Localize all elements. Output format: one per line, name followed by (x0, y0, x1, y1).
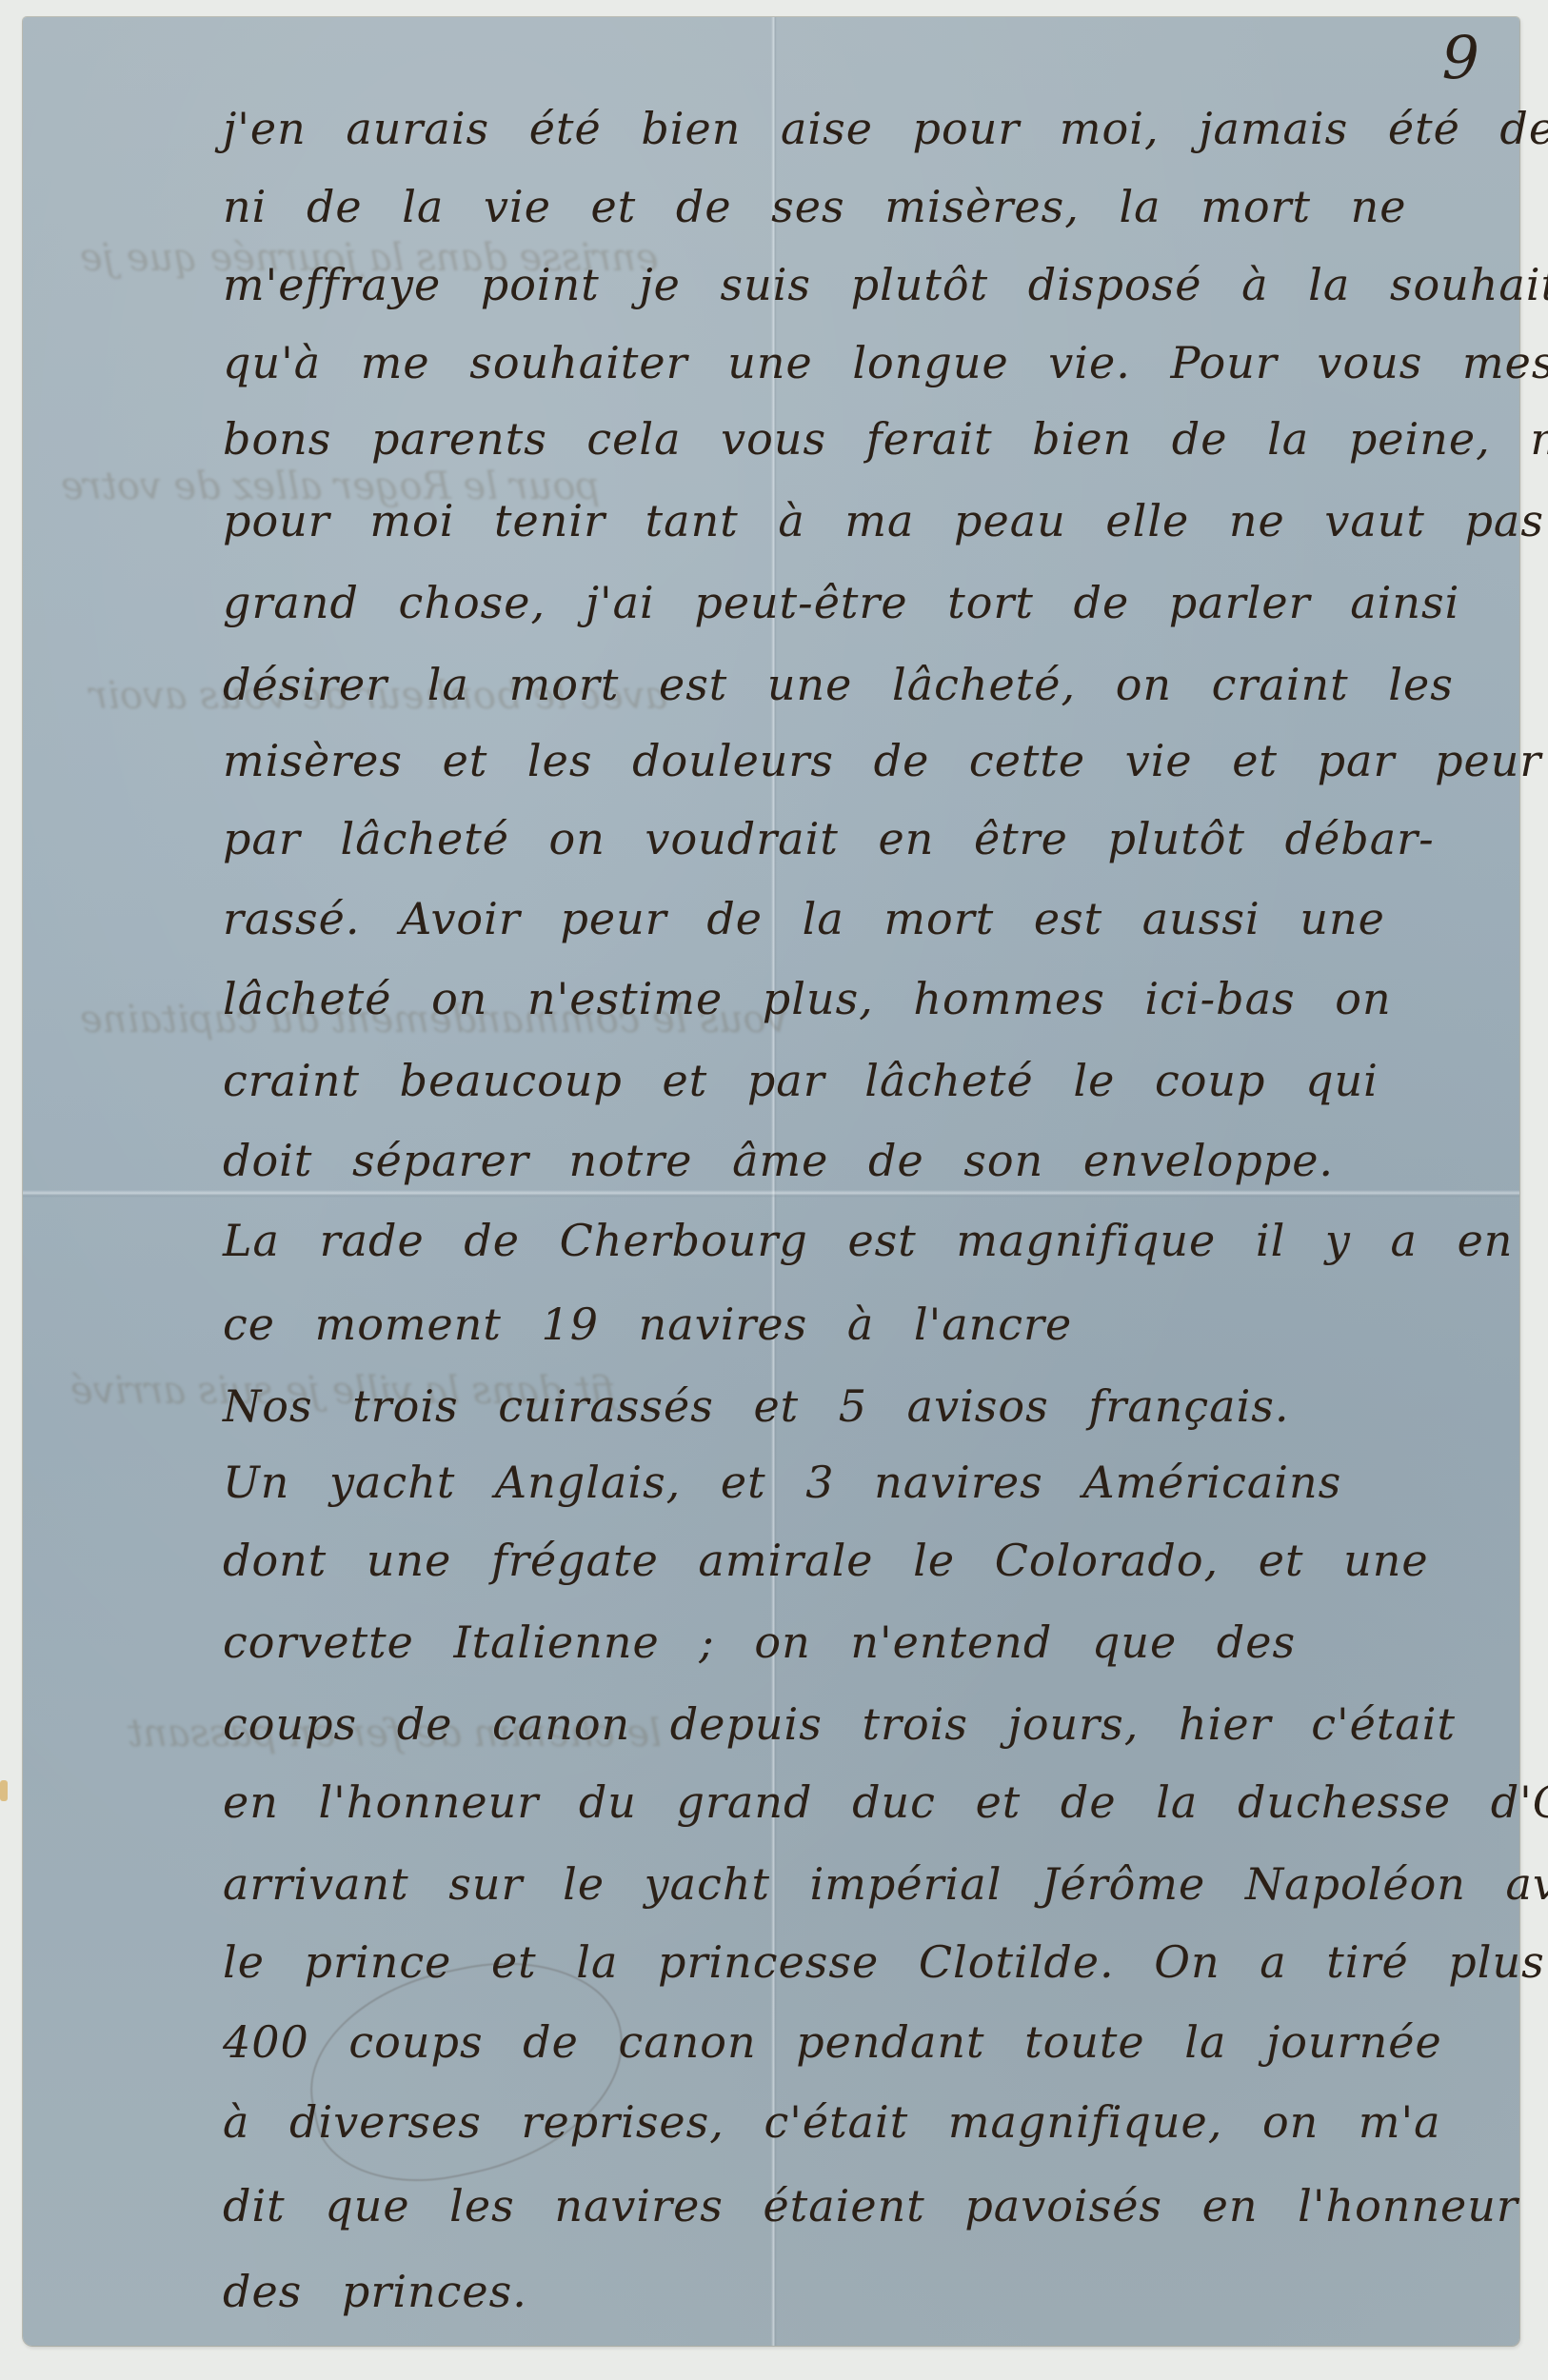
letter-line: lâcheté on n'estime plus, hommes ici-bas… (223, 977, 1518, 1021)
letter-line: 400 coups de canon pendant toute la jour… (223, 2020, 1518, 2064)
letter-line: coups de canon depuis trois jours, hier … (223, 1702, 1518, 1746)
letter-line: dit que les navires étaient pavoisés en … (223, 2184, 1518, 2228)
letter-line: doit séparer notre âme de son enveloppe. (223, 1139, 1518, 1182)
page-number: 9 (1442, 23, 1479, 92)
letter-line: Un yacht Anglais, et 3 navires Américain… (223, 1460, 1518, 1504)
letter-line: arrivant sur le yacht impérial Jérôme Na… (223, 1862, 1518, 1906)
letter-line: à diverses reprises, c'était magnifique,… (223, 2100, 1518, 2144)
letter-line: ce moment 19 navires à l'ancre (223, 1302, 1518, 1346)
letter-line: bons parents cela vous ferait bien de la… (223, 417, 1518, 461)
letter-line: en l'honneur du grand duc et de la duche… (223, 1780, 1518, 1824)
letter-line: m'effraye point je suis plutôt disposé à… (223, 263, 1518, 307)
letter-line: par lâcheté on voudrait en être plutôt d… (223, 817, 1518, 861)
letter-line: désirer la mort est une lâcheté, on crai… (223, 663, 1518, 706)
letter-line: j'en aurais été bien aise pour moi, jama… (223, 107, 1518, 150)
letter-line: La rade de Cherbourg est magnifique il y… (223, 1219, 1518, 1262)
letter-line: ni de la vie et de ses misères, la mort … (223, 185, 1518, 228)
edge-stain (0, 1780, 8, 1801)
letter-line: grand chose, j'ai peut-être tort de parl… (223, 581, 1518, 625)
letter-sheet: enrisse dans la journée que je pour le R… (23, 17, 1519, 2346)
letter-line: misères et les douleurs de cette vie et … (223, 739, 1518, 783)
letter-line: le prince et la princesse Clotilde. On a… (223, 1940, 1518, 1984)
letter-line: craint beaucoup et par lâcheté le coup q… (223, 1059, 1518, 1102)
letter-line: des princes. (223, 2270, 1518, 2313)
letter-line: corvette Italienne ; on n'entend que des (223, 1620, 1518, 1664)
letter-line: pour moi tenir tant à ma peau elle ne va… (223, 499, 1518, 543)
letter-line: qu'à me souhaiter une longue vie. Pour v… (223, 341, 1518, 385)
letter-line: rassé. Avoir peur de la mort est aussi u… (223, 897, 1518, 941)
horizontal-fold-crease (23, 1190, 1519, 1198)
letter-line: dont une frégate amirale le Colorado, et… (223, 1538, 1518, 1582)
letter-line: Nos trois cuirassés et 5 avisos français… (223, 1384, 1518, 1428)
